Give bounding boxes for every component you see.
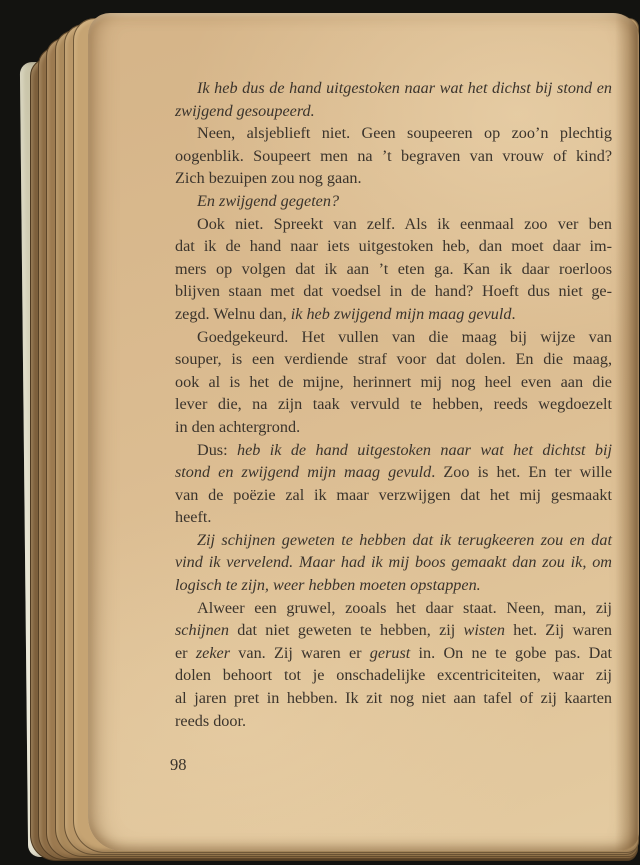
text-block: Ik heb dus de hand uitgestoken naar wat … — [175, 77, 612, 732]
text-segment: het. Zij waren — [505, 621, 612, 639]
text-segment: van. Zij waren er — [230, 644, 370, 662]
text-line: Zij schijnen geweten te hebben dat ik te… — [175, 529, 612, 552]
text-line: er zeker van. Zij waren er gerust in. On… — [175, 642, 612, 665]
text-segment: lever die, na zijn taak vervuld te hebbe… — [175, 395, 612, 413]
text-line: dat ik de hand naar iets uitgestoken heb… — [175, 235, 612, 258]
text-segment: al jaren pret in hebben. Ik zit nog niet… — [175, 689, 612, 707]
text-line: logisch te zijn, weer hebben moeten opst… — [175, 574, 612, 597]
text-line: dolen behoort tot je onschadelijke excen… — [175, 664, 612, 687]
text-line: reeds door. — [175, 710, 612, 733]
text-segment: Ook niet. Spreekt van zelf. Als ik eenma… — [197, 215, 612, 233]
italic-text-segment: zwijgend gesoupeerd. — [175, 102, 315, 120]
text-line: al jaren pret in hebben. Ik zit nog niet… — [175, 687, 612, 710]
text-line: Goedgekeurd. Het vullen van die maag bij… — [175, 326, 612, 349]
text-line: lever die, na zijn taak vervuld te hebbe… — [175, 393, 612, 416]
italic-text-segment: gerust — [370, 644, 410, 662]
text-line: souper, is een verdiende straf voor dat … — [175, 348, 612, 371]
text-segment: Zich bezuipen zou nog gaan. — [175, 169, 362, 187]
text-line: Ik heb dus de hand uitgestoken naar wat … — [175, 77, 612, 100]
text-segment: heeft. — [175, 508, 211, 526]
text-line: blijven staan met dat voedsel in de hand… — [175, 280, 612, 303]
italic-text-segment: wisten — [464, 621, 505, 639]
text-line: zegd. Welnu dan, ik heb zwijgend mijn ma… — [175, 303, 612, 326]
italic-text-segment: vind ik vervelend. Maar had ik mij boos … — [175, 553, 612, 571]
text-line: in den achtergrond. — [175, 416, 612, 439]
text-segment: . — [511, 305, 515, 323]
text-line: stond en zwijgend mijn maag gevuld. Zoo … — [175, 461, 612, 484]
page-number: 98 — [170, 755, 187, 775]
text-line: van de poëzie zal ik maar verzwijgen dat… — [175, 484, 612, 507]
text-line: mers op volgen dat ik aan ’t eten ga. Ka… — [175, 258, 612, 281]
text-segment: zegd. Welnu dan, — [175, 305, 291, 323]
text-line: vind ik vervelend. Maar had ik mij boos … — [175, 551, 612, 574]
text-line: Zich bezuipen zou nog gaan. — [175, 167, 612, 190]
text-line: schijnen dat niet geweten te hebben, zij… — [175, 619, 612, 642]
text-segment: . Zoo is het. En ter wille — [431, 463, 612, 481]
text-segment: blijven staan met dat voedsel in de hand… — [175, 282, 612, 300]
italic-text-segment: Zij schijnen geweten te hebben dat ik te… — [197, 531, 612, 549]
text-line: Ook niet. Spreekt van zelf. Als ik eenma… — [175, 213, 612, 236]
text-segment: reeds door. — [175, 712, 246, 730]
text-segment: van de poëzie zal ik maar verzwijgen dat… — [175, 486, 612, 504]
text-segment: Alweer een gruwel, zooals het daar staat… — [197, 599, 612, 617]
text-segment: dat ik de hand naar iets uitgestoken heb… — [175, 237, 612, 255]
text-segment: er — [175, 644, 196, 662]
text-segment: mers op volgen dat ik aan ’t eten ga. Ka… — [175, 260, 612, 278]
italic-text-segment: zeker — [196, 644, 230, 662]
text-segment: in. On ne te gobe pas. Dat — [410, 644, 612, 662]
italic-text-segment: Ik heb dus de hand uitgestoken naar wat … — [197, 79, 612, 97]
italic-text-segment: schijnen — [175, 621, 229, 639]
text-segment: souper, is een verdiende straf voor dat … — [175, 350, 612, 368]
text-segment: dat niet geweten te hebben, zij — [229, 621, 464, 639]
book-page: Ik heb dus de hand uitgestoken naar wat … — [88, 13, 639, 851]
text-segment: Dus: — [197, 441, 237, 459]
italic-text-segment: logisch te zijn, weer hebben moeten opst… — [175, 576, 481, 594]
text-segment: dolen behoort tot je onschadelijke excen… — [175, 666, 612, 684]
text-line: heeft. — [175, 506, 612, 529]
book-photo: Ik heb dus de hand uitgestoken naar wat … — [0, 0, 640, 865]
text-line: zwijgend gesoupeerd. — [175, 100, 612, 123]
italic-text-segment: ik heb zwijgend mijn maag gevuld — [291, 305, 512, 323]
text-line: En zwijgend gegeten? — [175, 190, 612, 213]
text-line: ook al is het de mijne, herinnert mij no… — [175, 371, 612, 394]
text-segment: Neen, alsjeblieft niet. Geen soupeeren o… — [197, 124, 612, 142]
text-segment: oogenblik. Soupeert men na ’t begraven v… — [175, 147, 612, 165]
text-line: Alweer een gruwel, zooals het daar staat… — [175, 597, 612, 620]
text-segment: Goedgekeurd. Het vullen van die maag bij… — [197, 328, 612, 346]
italic-text-segment: stond en zwijgend mijn maag gevuld — [175, 463, 431, 481]
italic-text-segment: heb ik de hand uitgestoken naar wat het … — [237, 441, 612, 459]
text-segment: in den achtergrond. — [175, 418, 300, 436]
text-line: oogenblik. Soupeert men na ’t begraven v… — [175, 145, 612, 168]
text-line: Neen, alsjeblieft niet. Geen soupeeren o… — [175, 122, 612, 145]
text-segment: ook al is het de mijne, herinnert mij no… — [175, 373, 612, 391]
italic-text-segment: En zwijgend gegeten? — [197, 192, 339, 210]
text-line: Dus: heb ik de hand uitgestoken naar wat… — [175, 439, 612, 462]
